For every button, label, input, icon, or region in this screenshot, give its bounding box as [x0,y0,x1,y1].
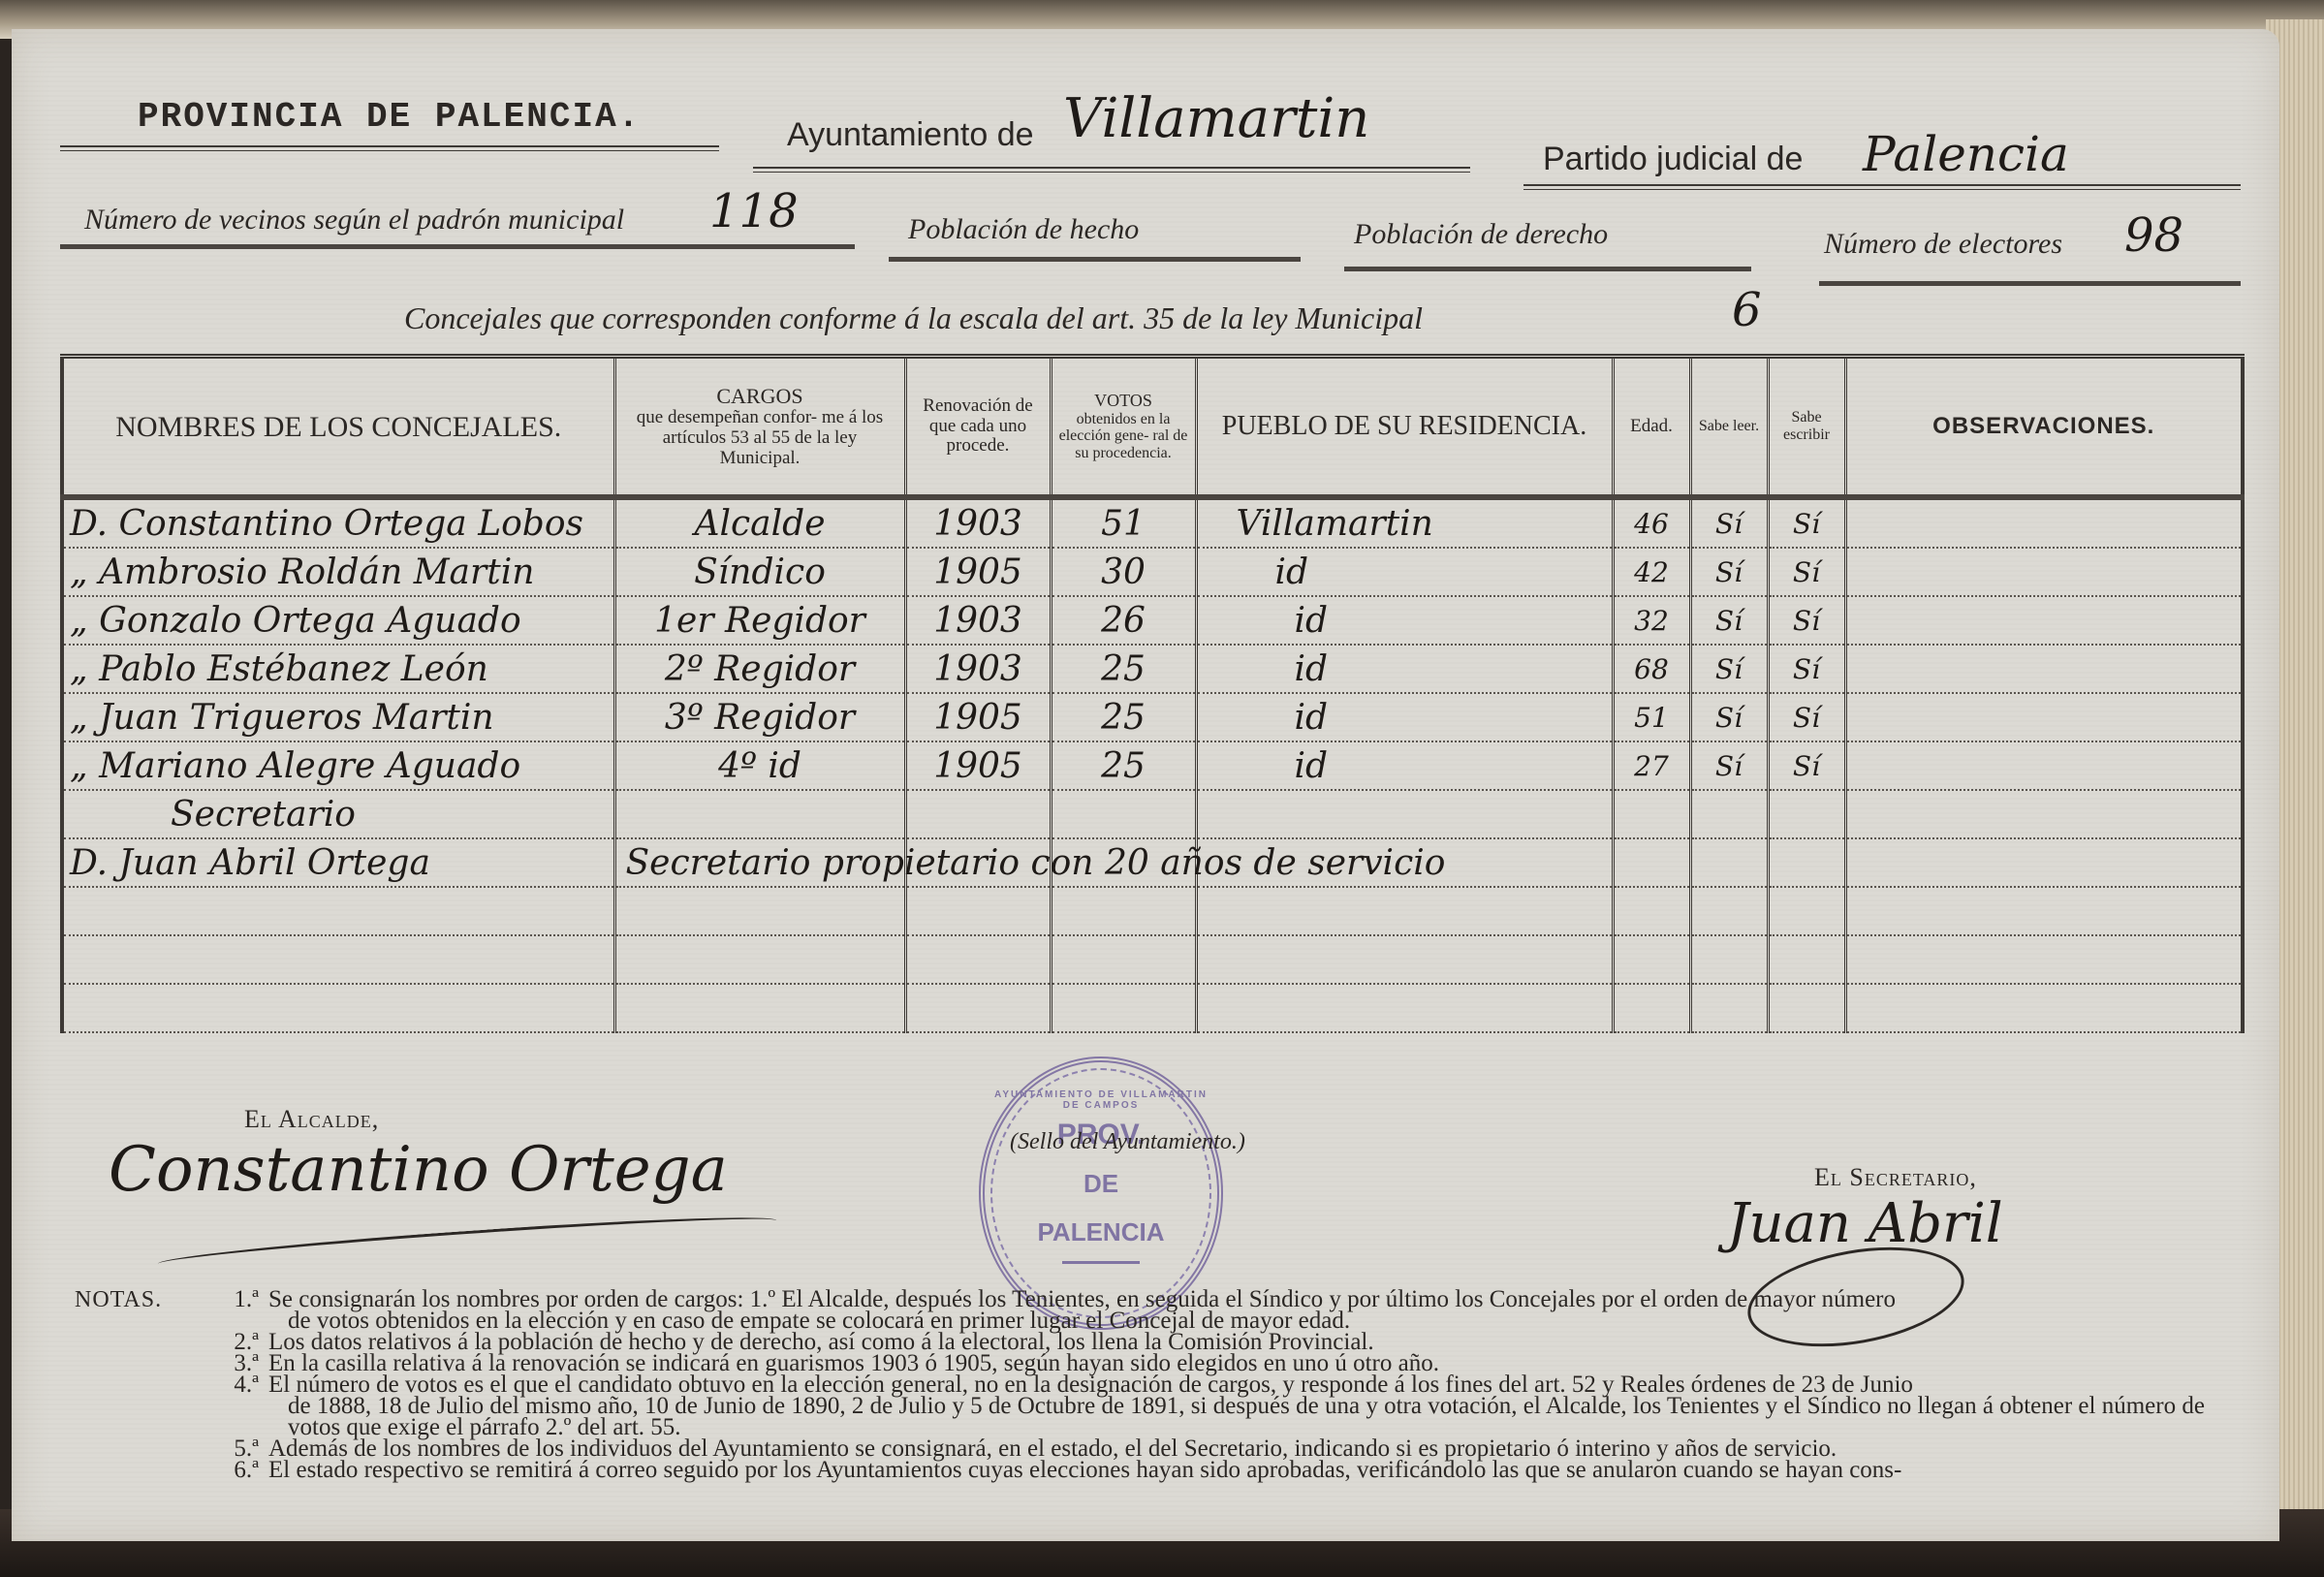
table-row: „ Juan Trigueros Martin 3º Regidor 1905 … [62,693,2243,741]
cell-votos: 25 [1051,741,1196,790]
header-rule [1523,184,2241,190]
cell-pueblo: id [1196,596,1613,645]
header-votos: VOTOS obtenidos en la elección gene- ral… [1051,357,1196,498]
cell-edad: 46 [1613,497,1690,548]
cell-renovacion: 1905 [905,693,1051,741]
cell-pueblo: id [1196,548,1613,596]
provincia-heading: PROVINCIA DE PALENCIA. [138,97,641,137]
table-row-secretario-heading: Secretario [62,790,2243,838]
cell-cargo: 2º Regidor [614,645,905,693]
table-row-secretario: D. Juan Abril Ortega Secretario propieta… [62,838,2243,887]
stats-rule [1819,281,2241,286]
table-row-empty [62,935,2243,984]
cell-leer: Sí [1690,596,1768,645]
cell-nombre: D. Constantino Ortega Lobos [62,497,614,548]
header-renovacion: Renovación de que cada uno procede. [905,357,1051,498]
table-header-row: NOMBRES DE LOS CONCEJALES. CARGOS que de… [62,357,2243,498]
notes-section: NOTAS. 1.ª Se consignarán los nombres po… [75,1289,2245,1481]
concejales-table: NOMBRES DE LOS CONCEJALES. CARGOS que de… [60,354,2245,1033]
alcalde-label: El Alcalde, [244,1105,379,1134]
cell-escribir: Sí [1768,645,1845,693]
header-sabe-escribir: Sabe escribir [1768,357,1845,498]
header-pueblo: PUEBLO DE SU RESIDENCIA. [1196,357,1613,498]
cell-leer: Sí [1690,548,1768,596]
cell-votos: 25 [1051,693,1196,741]
note-text: El estado respectivo se remitirá á corre… [268,1457,1901,1483]
stats-rule [889,257,1301,262]
cell-observaciones [1845,596,2243,645]
alcalde-signature: Constantino Ortega [109,1134,728,1206]
header-rule [60,145,719,151]
cell-votos: 25 [1051,645,1196,693]
alcalde-signature-flourish [157,1210,777,1276]
concejales-escala-value: 6 [1732,283,1762,337]
cell-leer: Sí [1690,645,1768,693]
stats-rule [60,244,855,249]
cell-cargo: Síndico [614,548,905,596]
document-page: PROVINCIA DE PALENCIA. Ayuntamiento de V… [12,29,2279,1541]
cell-observaciones [1845,693,2243,741]
note-number: 6.ª [181,1460,259,1481]
cell-observaciones [1845,548,2243,596]
cell-nombre: „ Pablo Estébanez León [62,645,614,693]
cell-renovacion: 1903 [905,645,1051,693]
cell-edad: 27 [1613,741,1690,790]
cell-edad: 68 [1613,645,1690,693]
table-row-empty [62,984,2243,1032]
secretario-label: El Secretario, [1814,1163,1977,1192]
table-row: „ Ambrosio Roldán Martin Síndico 1905 30… [62,548,2243,596]
cell-nombre: „ Gonzalo Ortega Aguado [62,596,614,645]
cell-nombre: „ Ambrosio Roldán Martin [62,548,614,596]
header-votos-sub: obtenidos en la elección gene- ral de su… [1058,411,1189,462]
cell-escribir: Sí [1768,497,1845,548]
cell-secretario-detalle: Secretario propietario con 20 años de se… [614,838,905,887]
cell-cargo: Alcalde [614,497,905,548]
concejales-escala-label: Concejales que corresponden conforme á l… [404,300,1423,336]
table-row-empty [62,887,2243,935]
sello-label: (Sello del Ayuntamiento.) [1010,1129,1245,1155]
secretario-detalle-text: Secretario propietario con 20 años de se… [626,843,1446,883]
cell-renovacion: 1905 [905,741,1051,790]
note-text: El número de votos es el que el candidat… [268,1372,1913,1398]
electores-label: Número de electores [1824,228,2062,261]
cell-votos: 51 [1051,497,1196,548]
stamp-line-2: DE [985,1169,1217,1199]
header-cargos-title: CARGOS [622,385,898,408]
cell-observaciones [1845,645,2243,693]
secretario-heading: Secretario [62,790,614,838]
cell-cargo: 3º Regidor [614,693,905,741]
cell-pueblo: id [1196,645,1613,693]
partido-label: Partido judicial de [1543,141,1803,178]
cell-votos: 26 [1051,596,1196,645]
vecinos-value: 118 [709,184,799,238]
cell-renovacion: 1905 [905,548,1051,596]
note-item: 6.ª El estado respectivo se remitirá á c… [181,1460,2245,1481]
table-row: „ Mariano Alegre Aguado 4º id 1905 25 id… [62,741,2243,790]
cell-votos: 30 [1051,548,1196,596]
cell-escribir: Sí [1768,741,1845,790]
cell-escribir: Sí [1768,596,1845,645]
header-cargos-sub: que desempeñan confor- me á los artículo… [622,408,898,469]
cell-renovacion: 1903 [905,497,1051,548]
cell-leer: Sí [1690,741,1768,790]
note-text: Se consignarán los nombres por orden de … [268,1286,1896,1312]
cell-pueblo: Villamartin [1196,497,1613,548]
cell-observaciones [1845,741,2243,790]
cell-nombre: „ Mariano Alegre Aguado [62,741,614,790]
header-cargos: CARGOS que desempeñan confor- me á los a… [614,357,905,498]
note-number: 1.ª [181,1289,259,1310]
cell-renovacion: 1903 [905,596,1051,645]
table-row: „ Pablo Estébanez León 2º Regidor 1903 2… [62,645,2243,693]
cell-escribir: Sí [1768,548,1845,596]
header-sabe-leer: Sabe leer. [1690,357,1768,498]
header-edad: Edad. [1613,357,1690,498]
cell-nombre: „ Juan Trigueros Martin [62,693,614,741]
notes-title: NOTAS. [75,1289,162,1310]
cell-pueblo: id [1196,693,1613,741]
cell-leer: Sí [1690,497,1768,548]
secretario-signature: Juan Abril [1727,1192,2003,1255]
note-continuation: de 1888, 18 de Julio del mismo año, 10 d… [181,1396,2245,1438]
ayuntamiento-value: Villamartin [1063,87,1369,150]
cell-escribir: Sí [1768,693,1845,741]
header-votos-title: VOTOS [1058,392,1189,411]
cell-edad: 32 [1613,596,1690,645]
poblacion-hecho-label: Población de hecho [908,213,1139,246]
cell-edad: 51 [1613,693,1690,741]
ayuntamiento-label: Ayuntamiento de [787,116,1034,154]
poblacion-derecho-label: Población de derecho [1354,218,1608,251]
header-nombres: NOMBRES DE LOS CONCEJALES. [62,357,614,498]
partido-value: Palencia [1863,126,2069,182]
cell-secretario-nombre: D. Juan Abril Ortega [62,838,614,887]
table-row: „ Gonzalo Ortega Aguado 1er Regidor 1903… [62,596,2243,645]
stamp-line-3: PALENCIA [985,1217,1217,1247]
cell-cargo: 4º id [614,741,905,790]
cell-observaciones [1845,497,2243,548]
cell-leer: Sí [1690,693,1768,741]
stamp-underline [1062,1261,1140,1264]
stamp-ring-text: AYUNTAMIENTO DE VILLAMARTIN DE CAMPOS [985,1089,1217,1111]
header-observaciones: OBSERVACIONES. [1845,357,2243,498]
vecinos-label: Número de vecinos según el padrón munici… [84,204,624,237]
table-row: D. Constantino Ortega Lobos Alcalde 1903… [62,497,2243,548]
cell-cargo: 1er Regidor [614,596,905,645]
stats-rule [1344,267,1751,271]
note-number: 4.ª [181,1374,259,1396]
electores-value: 98 [2124,208,2183,263]
note-item: 4.ª El número de votos es el que el cand… [181,1374,2245,1396]
cell-pueblo: id [1196,741,1613,790]
cell-edad: 42 [1613,548,1690,596]
header-rule [753,167,1470,173]
note-item: 1.ª Se consignarán los nombres por orden… [181,1289,2245,1310]
